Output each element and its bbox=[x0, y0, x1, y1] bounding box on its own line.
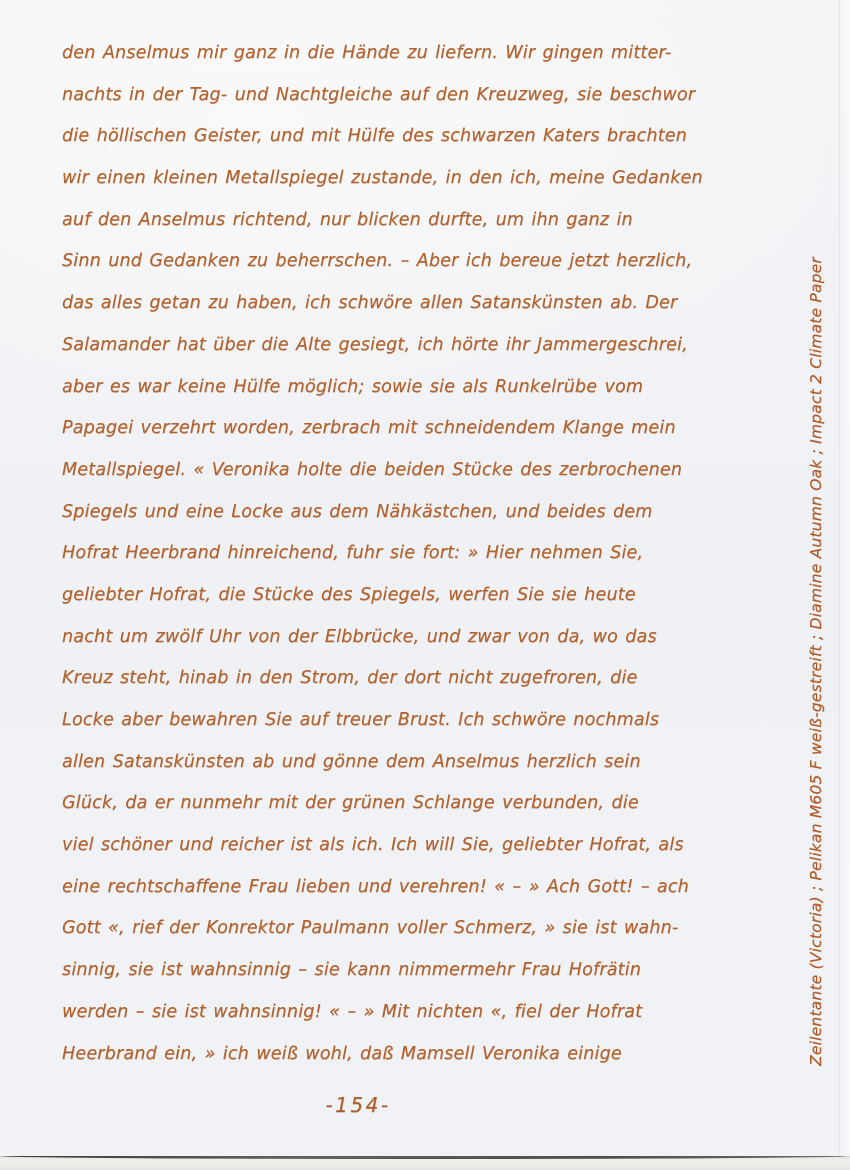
text-line: nacht um zwölf Uhr von der Elbbrücke, un… bbox=[62, 617, 802, 659]
margin-note-pen-ink-paper: Zeilentante (Victoria) ; Pelikan M605 F … bbox=[800, 84, 832, 1066]
scanner-background bbox=[0, 1159, 850, 1170]
text-line: Sinn und Gedanken zu beherrschen. – Aber… bbox=[62, 241, 802, 283]
text-line: Kreuz steht, hinab in den Strom, der dor… bbox=[62, 658, 802, 700]
text-line: Papagei verzehrt worden, zerbrach mit sc… bbox=[62, 408, 802, 450]
text-line: Spiegels und eine Locke aus dem Nähkästc… bbox=[62, 492, 802, 534]
text-line: nachts in der Tag- und Nachtgleiche auf … bbox=[62, 75, 802, 117]
paper-right-highlight bbox=[840, 0, 850, 1157]
text-line: auf den Anselmus richtend, nur blicken d… bbox=[62, 200, 802, 242]
text-line: Heerbrand ein, » ich weiß wohl, daß Mams… bbox=[62, 1034, 802, 1076]
text-line: eine rechtschaffene Frau lieben und vere… bbox=[62, 867, 802, 909]
text-line: viel schöner und reicher ist als ich. Ic… bbox=[62, 825, 802, 867]
text-line: Hofrat Heerbrand hinreichend, fuhr sie f… bbox=[62, 533, 802, 575]
text-line: werden – sie ist wahnsinnig! « – » Mit n… bbox=[62, 992, 802, 1034]
text-line: Locke aber bewahren Sie auf treuer Brust… bbox=[62, 700, 802, 742]
text-line: Metallspiegel. « Veronika holte die beid… bbox=[62, 450, 802, 492]
page-number: -154- bbox=[288, 1093, 428, 1117]
text-line: allen Satanskünsten ab und gönne dem Ans… bbox=[62, 742, 802, 784]
text-line: Salamander hat über die Alte gesiegt, ic… bbox=[62, 325, 802, 367]
text-line: das alles getan zu haben, ich schwöre al… bbox=[62, 283, 802, 325]
text-line: Glück, da er nunmehr mit der grünen Schl… bbox=[62, 783, 802, 825]
text-line: wir einen kleinen Metallspiegel zustande… bbox=[62, 158, 802, 200]
handwritten-text-block: den Anselmus mir ganz in die Hände zu li… bbox=[62, 33, 802, 1075]
text-line: die höllischen Geister, und mit Hülfe de… bbox=[62, 116, 802, 158]
text-line: Gott «, rief der Konrektor Paulmann voll… bbox=[62, 908, 802, 950]
scanned-paper-page: den Anselmus mir ganz in die Hände zu li… bbox=[0, 0, 850, 1157]
text-line: geliebter Hofrat, die Stücke des Spiegel… bbox=[62, 575, 802, 617]
text-line: aber es war keine Hülfe möglich; sowie s… bbox=[62, 367, 802, 409]
paper-right-crease bbox=[839, 0, 840, 1157]
text-line: den Anselmus mir ganz in die Hände zu li… bbox=[62, 33, 802, 75]
text-line: sinnig, sie ist wahnsinnig – sie kann ni… bbox=[62, 950, 802, 992]
